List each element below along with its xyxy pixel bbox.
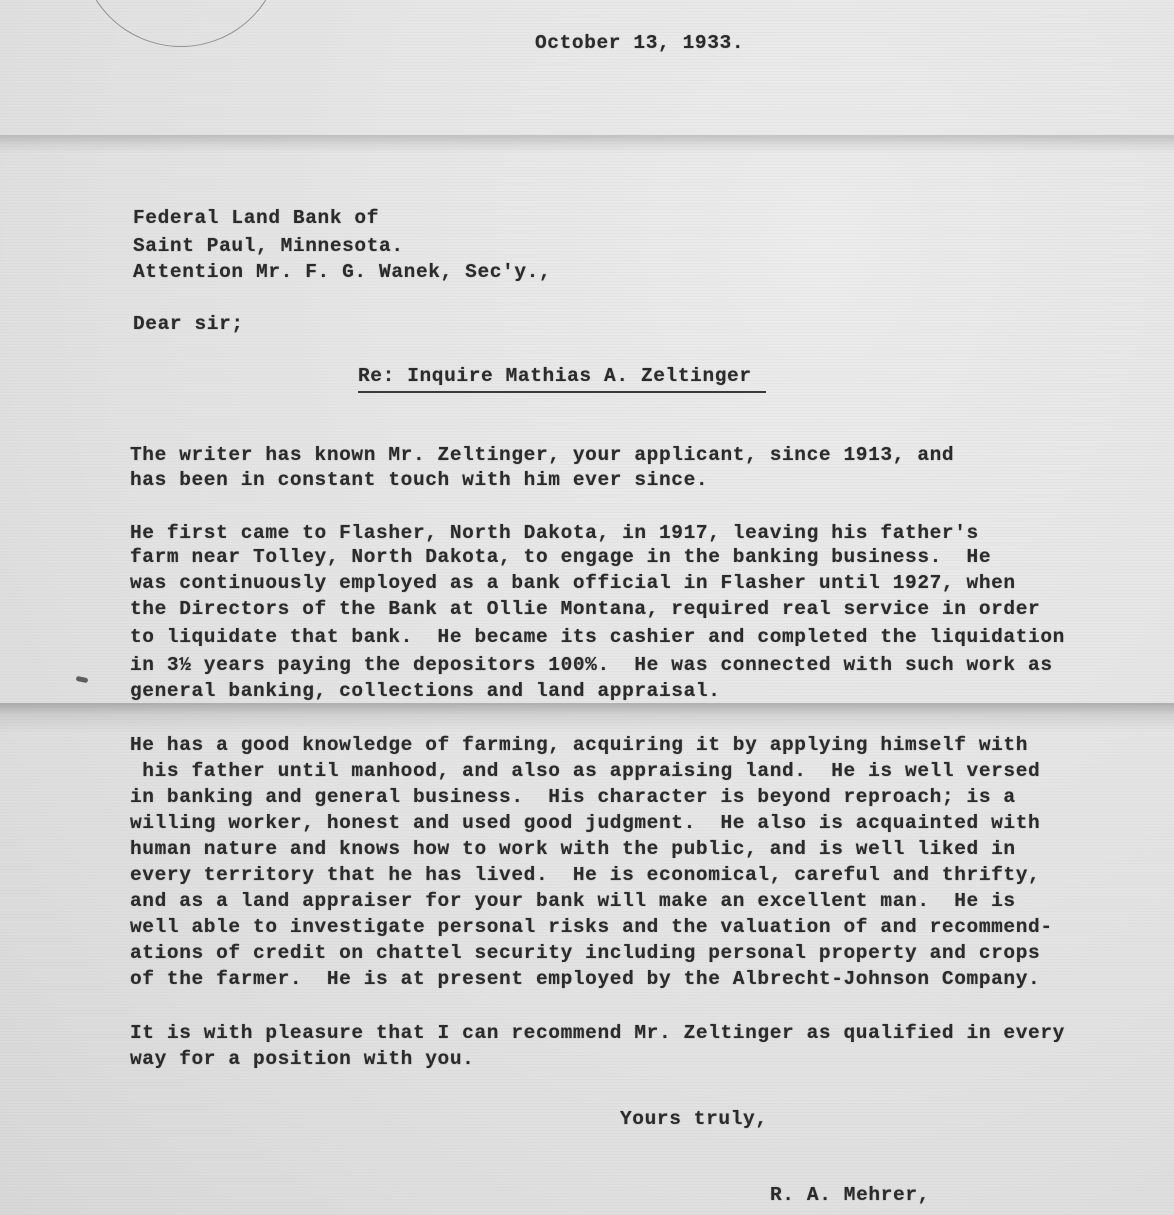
pencil-mark <box>80 0 282 47</box>
body-line: The writer has known Mr. Zeltinger, your… <box>130 444 954 466</box>
body-line: his father until manhood, and also as ap… <box>130 760 1040 782</box>
body-line: in 3½ years paying the depositors 100%. … <box>130 654 1053 676</box>
recipient-line: Attention Mr. F. G. Wanek, Sec'y., <box>133 261 551 283</box>
body-line: farm near Tolley, North Dakota, to engag… <box>130 546 991 568</box>
body-line: ations of credit on chattel security inc… <box>130 942 1040 964</box>
body-line: the Directors of the Bank at Ollie Monta… <box>130 598 1040 620</box>
salutation: Dear sir; <box>133 313 244 335</box>
body-line: general banking, collections and land ap… <box>130 680 721 702</box>
body-line: He has a good knowledge of farming, acqu… <box>130 734 1028 756</box>
recipient-line: Saint Paul, Minnesota. <box>133 235 404 257</box>
body-line: of the farmer. He is at present employed… <box>130 968 1040 990</box>
closing: Yours truly, <box>620 1108 768 1130</box>
ink-mark <box>76 676 89 683</box>
body-line: has been in constant touch with him ever… <box>130 469 708 491</box>
paper-fold-top <box>0 135 1174 153</box>
body-line: willing worker, honest and used good jud… <box>130 812 1040 834</box>
paper-fold-middle <box>0 703 1174 733</box>
body-line: well able to investigate personal risks … <box>130 916 1053 938</box>
body-line: every territory that he has lived. He is… <box>130 864 1040 886</box>
body-line: was continuously employed as a bank offi… <box>130 572 1016 594</box>
body-line: He first came to Flasher, North Dakota, … <box>130 522 979 544</box>
letter-date: October 13, 1933. <box>535 32 744 54</box>
signature: R. A. Mehrer, <box>770 1184 930 1206</box>
recipient-line: Federal Land Bank of <box>133 207 379 229</box>
subject-line: Re: Inquire Mathias A. Zeltinger <box>358 365 766 393</box>
body-line: and as a land appraiser for your bank wi… <box>130 890 1016 912</box>
body-line: human nature and knows how to work with … <box>130 838 1016 860</box>
body-line: It is with pleasure that I can recommend… <box>130 1022 1065 1044</box>
body-line: to liquidate that bank. He became its ca… <box>130 626 1065 648</box>
body-line: way for a position with you. <box>130 1048 474 1070</box>
letter-page: October 13, 1933. Federal Land Bank of S… <box>0 0 1174 1215</box>
body-line: in banking and general business. His cha… <box>130 786 1016 808</box>
